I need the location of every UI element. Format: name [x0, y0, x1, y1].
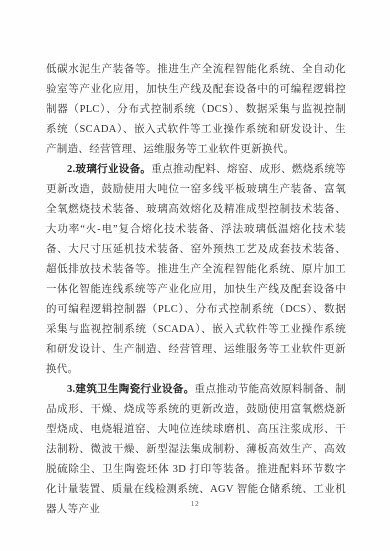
paragraph: 低碳水泥生产装备等。推进生产全流程智能化系统、全自动化验室等产业化应用，加快生产… [46, 60, 346, 160]
paragraph-lead: 3.建筑卫生陶瓷行业设备。 [67, 384, 195, 395]
page-number: 12 [0, 499, 390, 508]
page-body-text: 低碳水泥生产装备等。推进生产全流程智能化系统、全自动化验室等产业化应用，加快生产… [46, 60, 346, 520]
paragraph: 2.玻璃行业设备。重点推动配料、熔窑、成形、燃烧系统等更新改造，鼓励使用大吨位一… [46, 160, 346, 380]
document-page: 低碳水泥生产装备等。推进生产全流程智能化系统、全自动化验室等产业化应用，加快生产… [0, 0, 390, 551]
paragraph-lead: 2.玻璃行业设备。 [67, 164, 151, 175]
